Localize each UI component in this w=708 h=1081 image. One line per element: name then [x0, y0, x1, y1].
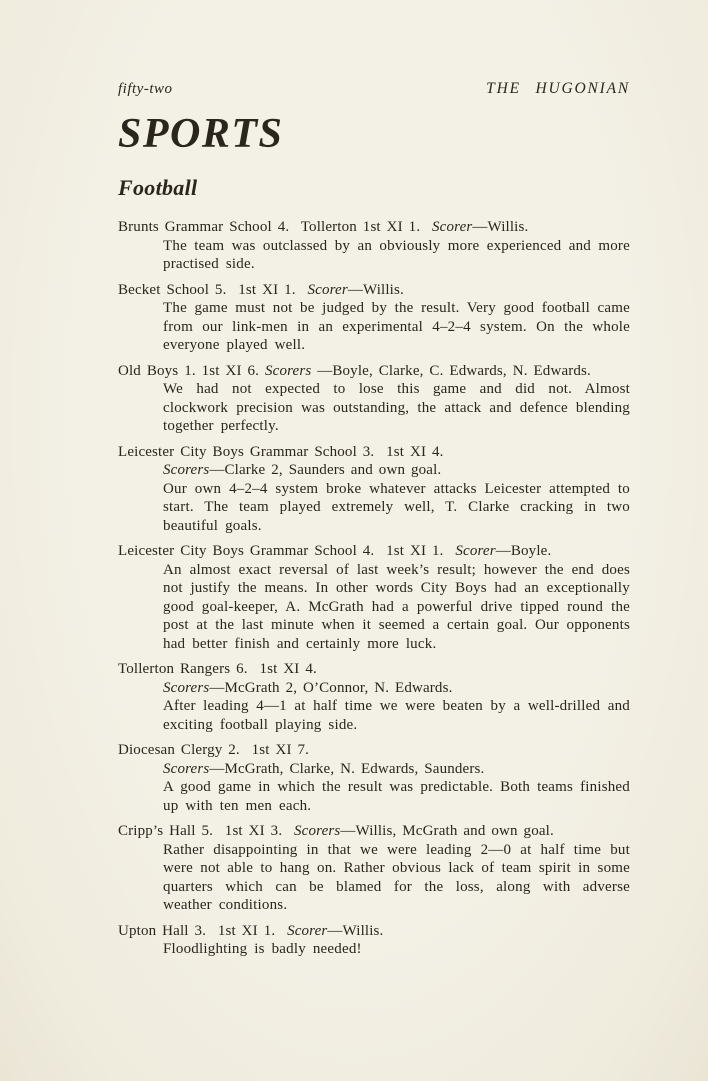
match-report-text: An almost exact reversal of last week’s …: [163, 561, 630, 654]
match-entry-brunts: Brunts Grammar School 4. Tollerton 1st X…: [118, 218, 630, 274]
scorer-label: Scorer: [287, 923, 327, 939]
match-report-text: Floodlighting is badly needed!: [163, 940, 630, 959]
match-result: Becket School 5. 1st XI 1.: [118, 282, 308, 298]
match-result: Old Boys 1. 1st XI 6.: [118, 363, 265, 379]
match-result: Cripp’s Hall 5. 1st XI 3.: [118, 823, 294, 839]
scorer-names: —McGrath, Clarke, N. Edwards, Saunders.: [209, 761, 484, 777]
match-report-text: A good game in which the result was pred…: [163, 778, 630, 815]
scorer-label: Scorers: [163, 680, 209, 696]
scorer-label: Scorers: [163, 761, 209, 777]
match-heading: Brunts Grammar School 4. Tollerton 1st X…: [118, 218, 630, 237]
match-report-text: Rather disappointing in that we were lea…: [163, 841, 630, 915]
scorer-names: —Willis, McGrath and own goal.: [340, 823, 554, 839]
match-report-text: The game must not be judged by the resul…: [163, 299, 630, 355]
scorer-names: —Willis.: [472, 219, 528, 235]
match-result: Brunts Grammar School 4. Tollerton 1st X…: [118, 219, 432, 235]
match-heading: Upton Hall 3. 1st XI 1. Scorer—Willis.: [118, 922, 630, 941]
match-entry-tollerton-rangers: Tollerton Rangers 6. 1st XI 4. Scorers—M…: [118, 660, 630, 734]
match-result: Diocesan Clergy 2. 1st XI 7.: [118, 742, 309, 758]
page-header: fifty-two THE HUGONIAN: [118, 80, 630, 98]
scorer-label: Scorer: [308, 282, 348, 298]
page-number: fifty-two: [118, 80, 173, 98]
magazine-title: THE HUGONIAN: [486, 80, 630, 98]
scorer-names: —Willis.: [348, 282, 404, 298]
match-entry-leicester-4: Leicester City Boys Grammar School 4. 1s…: [118, 542, 630, 653]
match-entry-diocesan-clergy: Diocesan Clergy 2. 1st XI 7. Scorers—McG…: [118, 741, 630, 815]
match-heading: Leicester City Boys Grammar School 3. 1s…: [118, 443, 630, 462]
scorer-label: Scorer: [455, 543, 495, 559]
match-report-text: After leading 4—1 at half time we were b…: [163, 697, 630, 734]
match-entry-becket: Becket School 5. 1st XI 1. Scorer—Willis…: [118, 281, 630, 355]
match-report-text: We had not expected to lose this game an…: [163, 380, 630, 436]
magazine-page: fifty-two THE HUGONIAN SPORTS Football B…: [0, 0, 708, 1081]
match-result: Leicester City Boys Grammar School 4. 1s…: [118, 543, 455, 559]
match-result: Tollerton Rangers 6. 1st XI 4.: [118, 661, 317, 677]
match-entry-cripps-hall: Cripp’s Hall 5. 1st XI 3. Scorers—Willis…: [118, 822, 630, 915]
match-heading: Cripp’s Hall 5. 1st XI 3. Scorers—Willis…: [118, 822, 630, 841]
scorers-line: Scorers—McGrath, Clarke, N. Edwards, Sau…: [163, 760, 630, 779]
match-entry-old-boys: Old Boys 1. 1st XI 6. Scorers —Boyle, Cl…: [118, 362, 630, 436]
section-title-sports: SPORTS: [118, 112, 630, 156]
scorer-names: —Willis.: [327, 923, 383, 939]
match-heading: Tollerton Rangers 6. 1st XI 4.: [118, 660, 630, 679]
match-heading: Leicester City Boys Grammar School 4. 1s…: [118, 542, 630, 561]
match-reports: Brunts Grammar School 4. Tollerton 1st X…: [118, 218, 630, 959]
match-result: Upton Hall 3. 1st XI 1.: [118, 923, 287, 939]
scorers-line: Scorers—Clarke 2, Saunders and own goal.: [163, 461, 630, 480]
match-entry-leicester-3: Leicester City Boys Grammar School 3. 1s…: [118, 443, 630, 536]
match-result: Leicester City Boys Grammar School 3. 1s…: [118, 444, 444, 460]
scorer-label: Scorer: [432, 219, 472, 235]
match-report-text: Our own 4–2–4 system broke whatever atta…: [163, 480, 630, 536]
scorer-label: Scorers: [163, 462, 209, 478]
match-report-text: The team was outclassed by an obviously …: [163, 237, 630, 274]
scorer-names: —Clarke 2, Saunders and own goal.: [209, 462, 441, 478]
scorer-names: —Boyle, Clarke, C. Edwards, N. Edwards.: [311, 363, 591, 379]
scorer-label: Scorers: [265, 363, 311, 379]
match-heading: Old Boys 1. 1st XI 6. Scorers —Boyle, Cl…: [118, 362, 630, 381]
match-entry-upton-hall: Upton Hall 3. 1st XI 1. Scorer—Willis. F…: [118, 922, 630, 959]
scorers-line: Scorers—McGrath 2, O’Connor, N. Edwards.: [163, 679, 630, 698]
scorer-label: Scorers: [294, 823, 340, 839]
match-heading: Becket School 5. 1st XI 1. Scorer—Willis…: [118, 281, 630, 300]
scorer-names: —Boyle.: [496, 543, 552, 559]
match-heading: Diocesan Clergy 2. 1st XI 7.: [118, 741, 630, 760]
scorer-names: —McGrath 2, O’Connor, N. Edwards.: [209, 680, 452, 696]
subsection-title-football: Football: [118, 176, 630, 200]
